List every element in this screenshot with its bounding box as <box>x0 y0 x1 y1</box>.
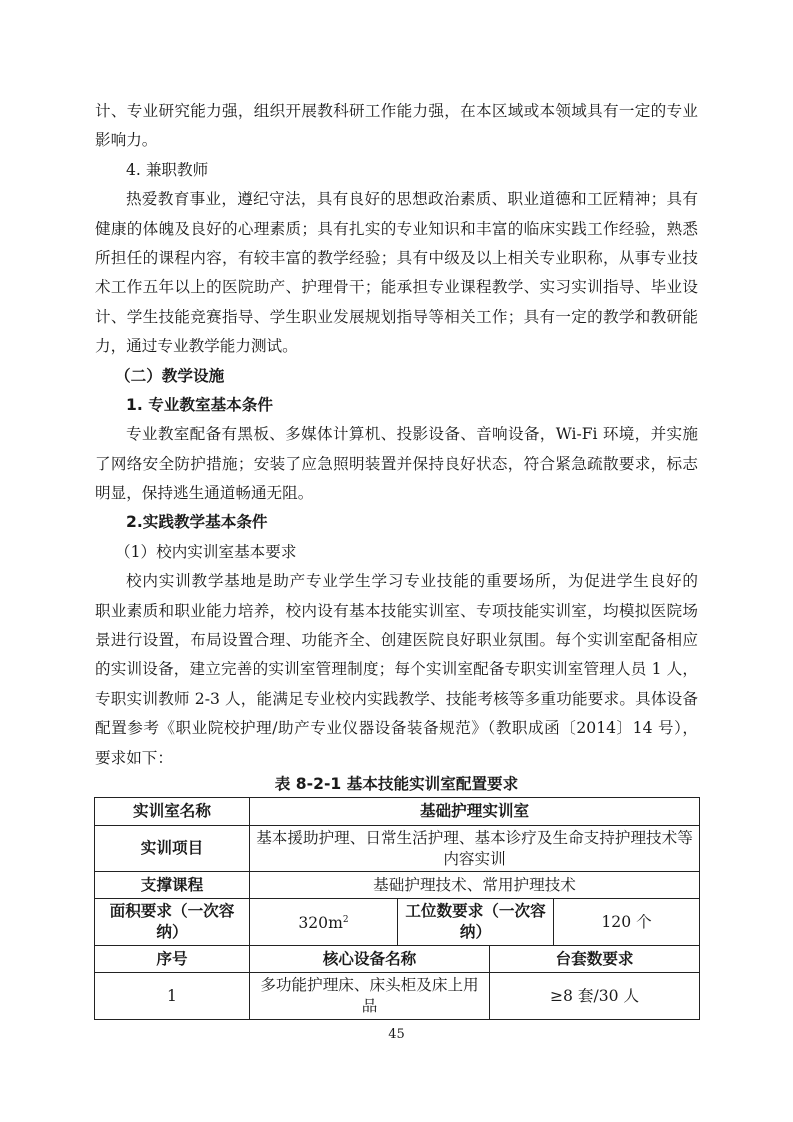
paragraph-line: 健康的体魄及良好的心理素质；具有扎实的专业知识和丰富的临床实践工作经验，熟悉 <box>95 215 698 244</box>
col-header-quantity: 台套数要求 <box>490 946 700 973</box>
area-unit-superscript: 2 <box>343 915 349 925</box>
table-row: 支撑课程 基础护理技术、常用护理技术 <box>95 872 700 899</box>
paragraph-line: 校内实训教学基地是助产专业学生学习专业技能的重要场所，为促进学生良好的 <box>95 567 698 596</box>
table-row: 面积要求（一次容纳） 320m2 工位数要求（一次容纳） 120 个 <box>95 899 700 946</box>
paragraph-line: 景进行设置，布局设置合理、功能齐全、创建医院良好职业氛围。每个实训室配备相应 <box>95 626 698 655</box>
col-header-index: 序号 <box>95 946 250 973</box>
row-index: 1 <box>95 973 250 1020</box>
training-items-label: 实训项目 <box>95 826 250 872</box>
table-row: 实训室名称 基础护理实训室 <box>95 798 700 826</box>
row-equipment: 多功能护理床、床头柜及床上用品 <box>250 973 490 1020</box>
paragraph-line: 影响力。 <box>95 126 698 155</box>
courses-value: 基础护理技术、常用护理技术 <box>250 872 700 899</box>
area-label: 面积要求（一次容纳） <box>95 899 250 946</box>
paragraph-line: 专职实训教师 2-3 人，能满足专业校内实践教学、技能考核等多重功能要求。具体设… <box>95 685 698 714</box>
paragraph-line: 的实训设备，建立完善的实训室管理制度；每个实训室配备专职实训室管理人员 1 人， <box>95 655 698 684</box>
paragraph-line: 了网络安全防护措施；安装了应急照明装置并保持良好状态，符合紧急疏散要求，标志 <box>95 450 698 479</box>
table-row: 1 多功能护理床、床头柜及床上用品 ≥8 套/30 人 <box>95 973 700 1020</box>
table-caption: 表 8-2-1 基本技能实训室配置要求 <box>95 772 698 794</box>
room-name-label: 实训室名称 <box>95 798 250 826</box>
page-number: 45 <box>0 1027 793 1042</box>
paragraph-line: 专业教室配备有黑板、多媒体计算机、投影设备、音响设备，Wi-Fi 环境，并实施 <box>95 420 698 449</box>
paragraph-line: 要求如下： <box>95 744 698 773</box>
paragraph-line: 术工作五年以上的医院助产、护理骨干；能承担专业课程教学、实习实训指导、毕业设 <box>95 273 698 302</box>
table-row: 序号 核心设备名称 台套数要求 <box>95 946 700 973</box>
row-quantity: ≥8 套/30 人 <box>490 973 700 1020</box>
training-items-value: 基本援助护理、日常生活护理、基本诊疗及生命支持护理技术等内容实训 <box>250 826 700 872</box>
area-value: 320m2 <box>250 899 398 946</box>
section-heading-teaching-facilities: （二）教学设施 <box>95 362 698 391</box>
section-heading-part-time-teachers: 4. 兼职教师 <box>95 156 698 185</box>
area-number: 320m <box>298 914 343 932</box>
document-page: 计、专业研究能力强，组织开展教科研工作能力强，在本区域或本领域具有一定的专业 影… <box>0 0 793 1122</box>
section-heading-onsite-lab: （1）校内实训室基本要求 <box>95 538 698 567</box>
section-heading-classroom-conditions: 1. 专业教室基本条件 <box>95 391 698 420</box>
section-heading-practice-conditions: 2.实践教学基本条件 <box>95 508 698 537</box>
paragraph-line: 计、专业研究能力强，组织开展教科研工作能力强，在本区域或本领域具有一定的专业 <box>95 97 698 126</box>
table-row: 实训项目 基本援助护理、日常生活护理、基本诊疗及生命支持护理技术等内容实训 <box>95 826 700 872</box>
paragraph-line: 配置参考《职业院校护理/助产专业仪器设备装备规范》（教职成函〔2014〕14 号… <box>95 714 698 743</box>
paragraph-line: 热爱教育事业，遵纪守法，具有良好的思想政治素质、职业道德和工匠精神；具有 <box>95 185 698 214</box>
lab-config-table: 实训室名称 基础护理实训室 实训项目 基本援助护理、日常生活护理、基本诊疗及生命… <box>94 797 700 1020</box>
paragraph-line: 明显，保持逃生通道畅通无阻。 <box>95 479 698 508</box>
room-name-value: 基础护理实训室 <box>250 798 700 826</box>
body-text: 计、专业研究能力强，组织开展教科研工作能力强，在本区域或本领域具有一定的专业 影… <box>95 97 698 773</box>
paragraph-line: 力，通过专业教学能力测试。 <box>95 332 698 361</box>
stations-value: 120 个 <box>554 899 700 946</box>
col-header-equipment: 核心设备名称 <box>250 946 490 973</box>
courses-label: 支撑课程 <box>95 872 250 899</box>
paragraph-line: 所担任的课程内容，有较丰富的教学经验；具有中级及以上相关专业职称，从事专业技 <box>95 244 698 273</box>
paragraph-line: 计、学生技能竞赛指导、学生职业发展规划指导等相关工作；具有一定的教学和教研能 <box>95 303 698 332</box>
paragraph-line: 职业素质和职业能力培养，校内设有基本技能实训室、专项技能实训室，均模拟医院场 <box>95 597 698 626</box>
stations-label: 工位数要求（一次容纳） <box>398 899 554 946</box>
